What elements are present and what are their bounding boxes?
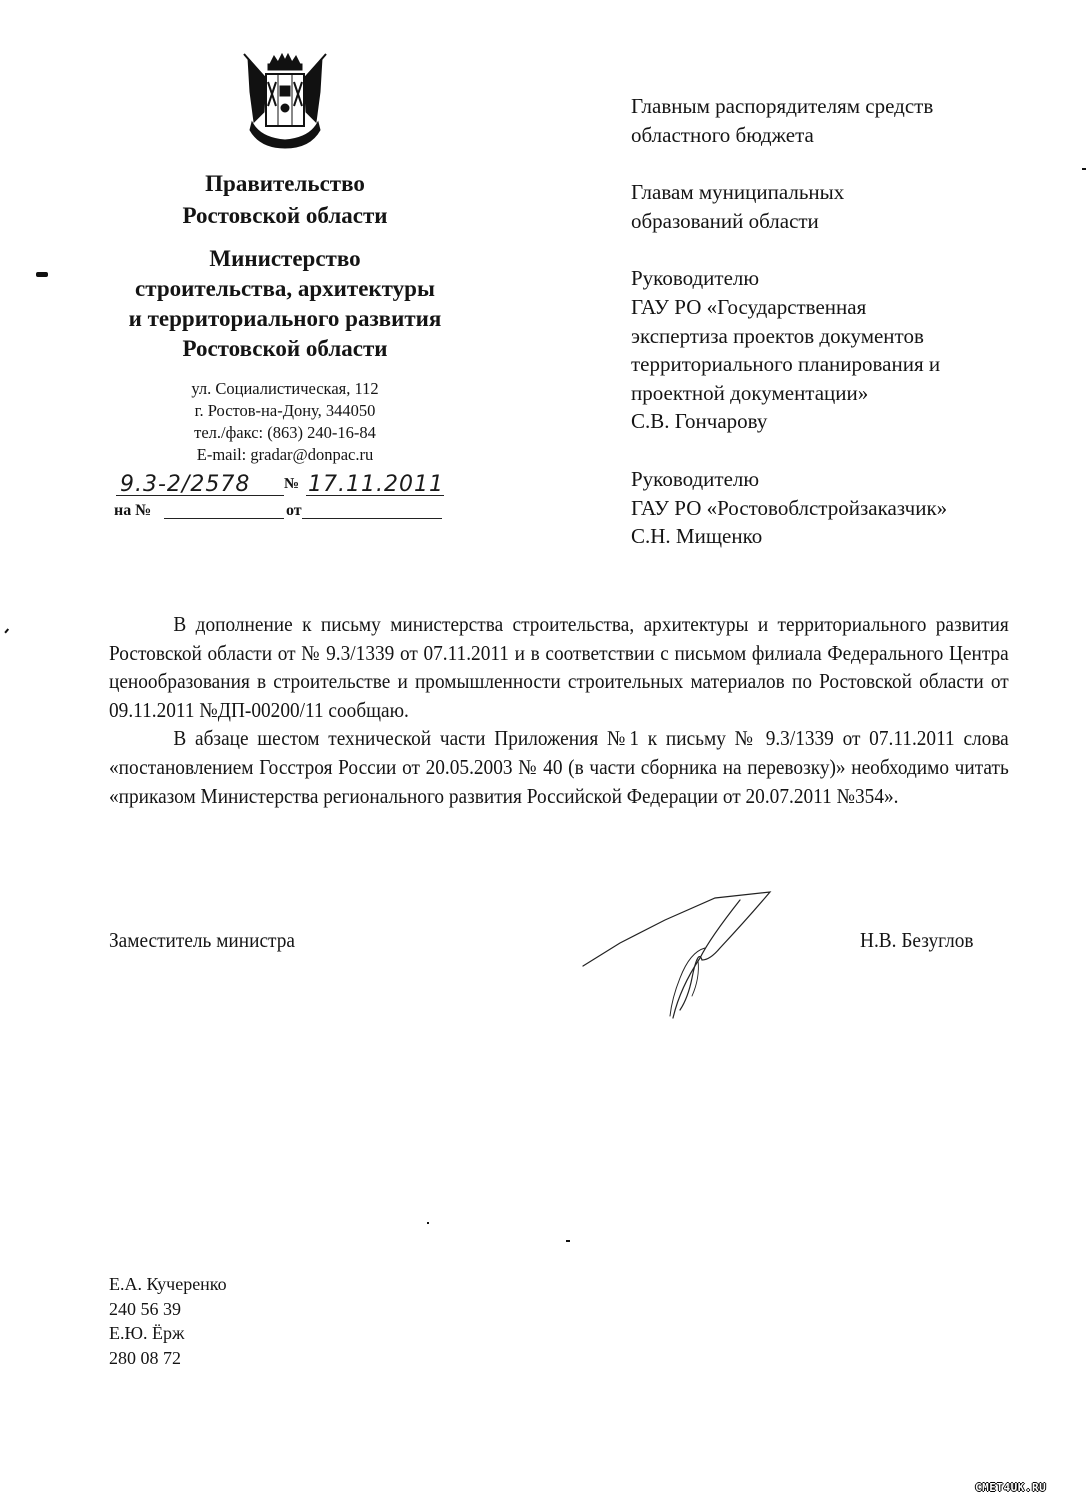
addressee-budget-managers: Главным распорядителям средств областног… xyxy=(631,92,1051,149)
outgoing-date: 17.11.2011 xyxy=(308,472,444,497)
scan-mark xyxy=(4,628,8,633)
body-paragraph-1: В дополнение к письму министерства строи… xyxy=(109,610,1009,724)
coat-of-arms-icon xyxy=(240,52,330,152)
executor-1-phone: 240 56 39 xyxy=(109,1297,227,1322)
scan-mark xyxy=(1082,168,1086,170)
executor-2-name: Е.Ю. Ёрж xyxy=(109,1321,227,1346)
addressees: Главным распорядителям средств областног… xyxy=(631,92,1051,580)
signatory-name: Н.В. Безуглов xyxy=(860,928,973,953)
letterhead: Правительство Ростовской области Министе… xyxy=(95,40,475,466)
in-reply-date-blank xyxy=(302,500,442,519)
executor-2-phone: 280 08 72 xyxy=(109,1346,227,1371)
outgoing-date-field: 17.11.2011 xyxy=(306,468,444,496)
handwritten-signature-icon xyxy=(580,888,780,1028)
addressee-state-expertise: Руководителю ГАУ РО «Государственная экс… xyxy=(631,264,1051,436)
number-sign: № xyxy=(284,476,299,493)
registration-line: 9.3-2/2578 № 17.11.2011 xyxy=(106,468,446,498)
ministry-address: ул. Социалистическая, 112 г. Ростов-на-Д… xyxy=(95,378,475,466)
government-title: Правительство Ростовской области xyxy=(95,168,475,232)
in-reply-number-blank xyxy=(164,500,284,519)
body-paragraph-2: В абзаце шестом технической части Прилож… xyxy=(109,724,1009,810)
executors: Е.А. Кучеренко 240 56 39 Е.Ю. Ёрж 280 08… xyxy=(109,1272,227,1370)
scan-mark xyxy=(36,272,48,277)
in-reply-line: на № от xyxy=(114,500,444,522)
letter-body: В дополнение к письму министерства строи… xyxy=(109,610,937,810)
executor-1-name: Е.А. Кучеренко xyxy=(109,1272,227,1297)
scan-mark xyxy=(566,1240,570,1242)
addressee-municipal-heads: Главам муниципальных образований области xyxy=(631,178,1051,235)
ministry-title: Министерство строительства, архитектуры … xyxy=(95,244,475,364)
addressee-rostovoblstroyzakazchik: Руководителю ГАУ РО «Ростовоблстройзаказ… xyxy=(631,465,1051,551)
signatory-position: Заместитель министра xyxy=(109,928,295,953)
scan-mark xyxy=(427,1222,429,1224)
outgoing-number-field: 9.3-2/2578 xyxy=(116,468,284,496)
outgoing-number: 9.3-2/2578 xyxy=(120,472,250,497)
in-reply-label: на № xyxy=(114,502,151,520)
in-reply-from-label: от xyxy=(286,502,302,520)
watermark: CMET4UK.RU xyxy=(975,1481,1046,1494)
